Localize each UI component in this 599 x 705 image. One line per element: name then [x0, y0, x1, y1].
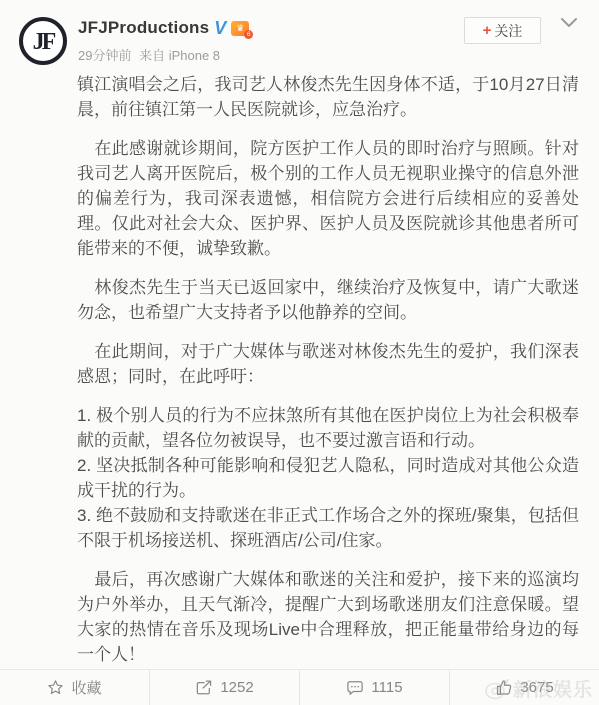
username[interactable]: JFJProductions [78, 18, 209, 38]
comment-button[interactable]: 1115 [299, 670, 449, 705]
weibo-post: JF JFJProductions V ♛ 6 29分钟前 来自 iPhone … [0, 0, 599, 705]
thumbs-up-icon [495, 679, 513, 696]
repost-icon [195, 680, 213, 696]
action-bar: 收藏 1252 1115 3675 [0, 669, 599, 705]
post-header: JF JFJProductions V ♛ 6 29分钟前 来自 iPhone … [0, 0, 599, 70]
source-app[interactable]: 来自 iPhone 8 [139, 48, 220, 63]
follow-button[interactable]: + 关注 [464, 17, 541, 44]
comment-icon [346, 680, 364, 696]
star-icon [47, 679, 64, 696]
favorite-label: 收藏 [71, 677, 101, 698]
paragraph-5: 最后，再次感谢广大媒体和歌迷的关注和爱护，接下来的巡演均为户外举办，且天气渐冷，… [77, 567, 579, 667]
list-item-1: 1. 极个别人员的行为不应抹煞所有其他在医护岗位上为社会积极奉献的贡献，望各位勿… [77, 403, 579, 453]
verified-v-icon: V [214, 19, 226, 37]
vip-level-badge-icon: ♛ 6 [231, 21, 249, 36]
avatar[interactable]: JF [18, 16, 68, 66]
user-block: JFJProductions V ♛ 6 29分钟前 来自 iPhone 8 [78, 18, 249, 64]
post-body: 镇江演唱会之后，我司艺人林俊杰先生因身体不适，于10月27日清晨，前往镇江第一人… [0, 70, 599, 705]
timestamp[interactable]: 29分钟前 [78, 48, 131, 63]
paragraph-1: 镇江演唱会之后，我司艺人林俊杰先生因身体不适，于10月27日清晨，前往镇江第一人… [77, 72, 579, 122]
list-item-3: 3. 绝不鼓励和支持歌迷在非正式工作场合之外的探班/聚集，包括但不限于机场接送机… [77, 503, 579, 553]
post-meta: 29分钟前 来自 iPhone 8 [78, 45, 249, 64]
follow-button-label: 关注 [494, 21, 522, 41]
list-item-2: 2. 坚决抵制各种可能影响和侵犯艺人隐私，同时造成对其他公众造成干扰的行为。 [77, 453, 579, 503]
like-button[interactable]: 3675 [449, 670, 599, 705]
plus-icon: + [483, 22, 492, 39]
jfj-logo-icon: JF [18, 16, 68, 66]
comment-count: 1115 [371, 679, 402, 696]
repost-button[interactable]: 1252 [149, 670, 299, 705]
chevron-down-icon[interactable] [559, 16, 579, 30]
paragraph-2: 在此感谢就诊期间，院方医护工作人员的即时治疗与照顾。针对我司艺人离开医院后，极个… [77, 136, 579, 261]
svg-text:JF: JF [33, 29, 56, 55]
paragraph-3: 林俊杰先生于当天已返回家中，继续治疗及恢复中，请广大歌迷勿念，也希望广大支持者予… [77, 275, 579, 325]
like-count: 3675 [520, 679, 553, 696]
paragraph-4: 在此期间，对于广大媒体与歌迷对林俊杰先生的爱护，我们深表感恩；同时，在此呼吁： [77, 339, 579, 389]
crown-glyph: ♛ [236, 24, 244, 33]
repost-count: 1252 [220, 679, 253, 696]
appeal-list: 1. 极个别人员的行为不应抹煞所有其他在医护岗位上为社会积极奉献的贡献，望各位勿… [77, 403, 579, 553]
favorite-button[interactable]: 收藏 [0, 670, 149, 705]
vip-level-number: 6 [244, 30, 253, 39]
